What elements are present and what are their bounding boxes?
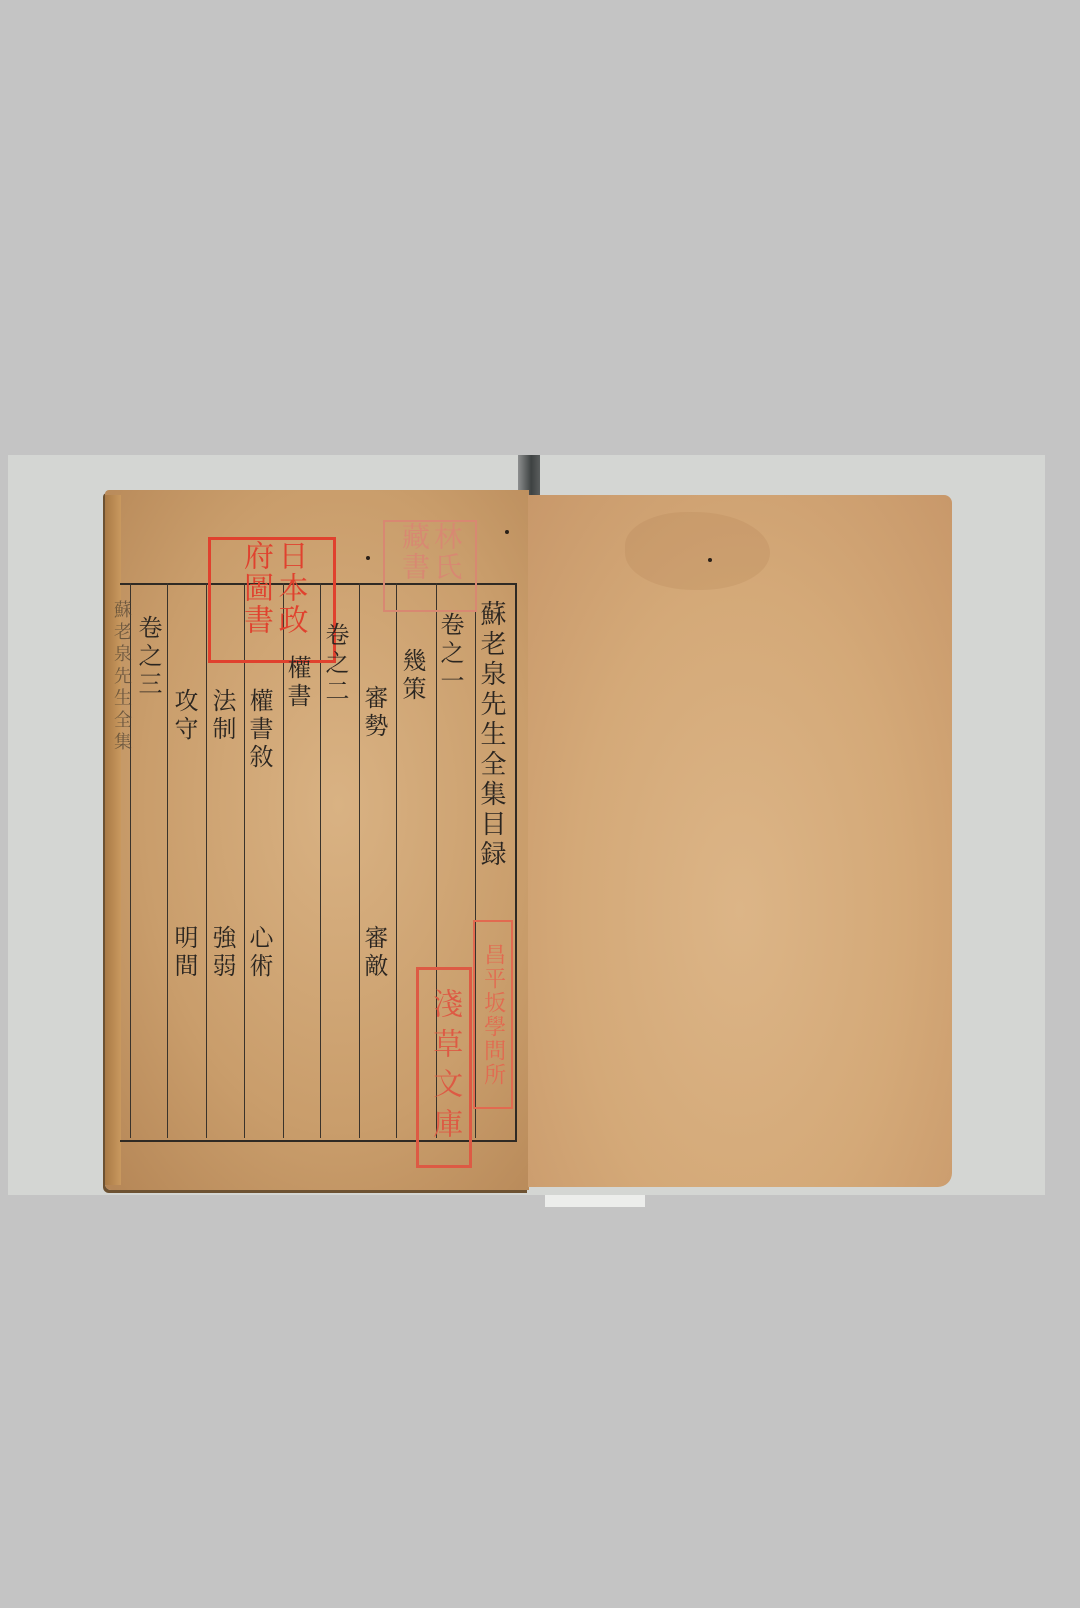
book-title: 蘇老泉先生全集目録	[478, 600, 504, 870]
vol2-item-5: 攻守	[172, 688, 196, 744]
column-rule	[206, 583, 207, 1138]
vol2-section: 權書	[285, 655, 309, 711]
water-stain	[625, 512, 770, 590]
seal-top-right: 林氏藏書	[383, 520, 477, 612]
column-rule	[396, 583, 397, 1138]
binding-hole	[505, 530, 509, 534]
seal-bottom-narrow: 昌平坂學問所	[473, 920, 513, 1109]
left-page-edge	[105, 495, 121, 1185]
vol2-item-2: 心術	[247, 925, 271, 981]
column-rule	[244, 583, 245, 1138]
vol2-heading: 卷之二	[323, 622, 347, 706]
seal-top-left: 日本政府圖書	[208, 537, 336, 663]
vol3-heading: 卷之三	[136, 615, 160, 699]
seal-bottom-tall: 淺草文庫	[416, 967, 472, 1168]
vol1-item-2: 審敵	[362, 925, 386, 981]
binding-hole	[708, 558, 712, 562]
vol1-section: 幾策	[400, 648, 424, 704]
catalog-label	[545, 1195, 645, 1207]
vol2-item-6: 明間	[172, 925, 196, 981]
vol1-item-1: 審勢	[362, 685, 386, 741]
vol2-item-1: 權書敘	[247, 688, 271, 772]
column-rule	[167, 583, 168, 1138]
vol2-item-4: 強弱	[210, 925, 234, 981]
vol2-item-3: 法制	[210, 688, 234, 744]
column-rule	[359, 583, 360, 1138]
right-page	[528, 495, 952, 1187]
binding-hole	[366, 556, 370, 560]
spine-margin-text: 蘇老泉先生全集	[112, 600, 130, 754]
vol1-heading: 卷之一	[438, 612, 462, 696]
